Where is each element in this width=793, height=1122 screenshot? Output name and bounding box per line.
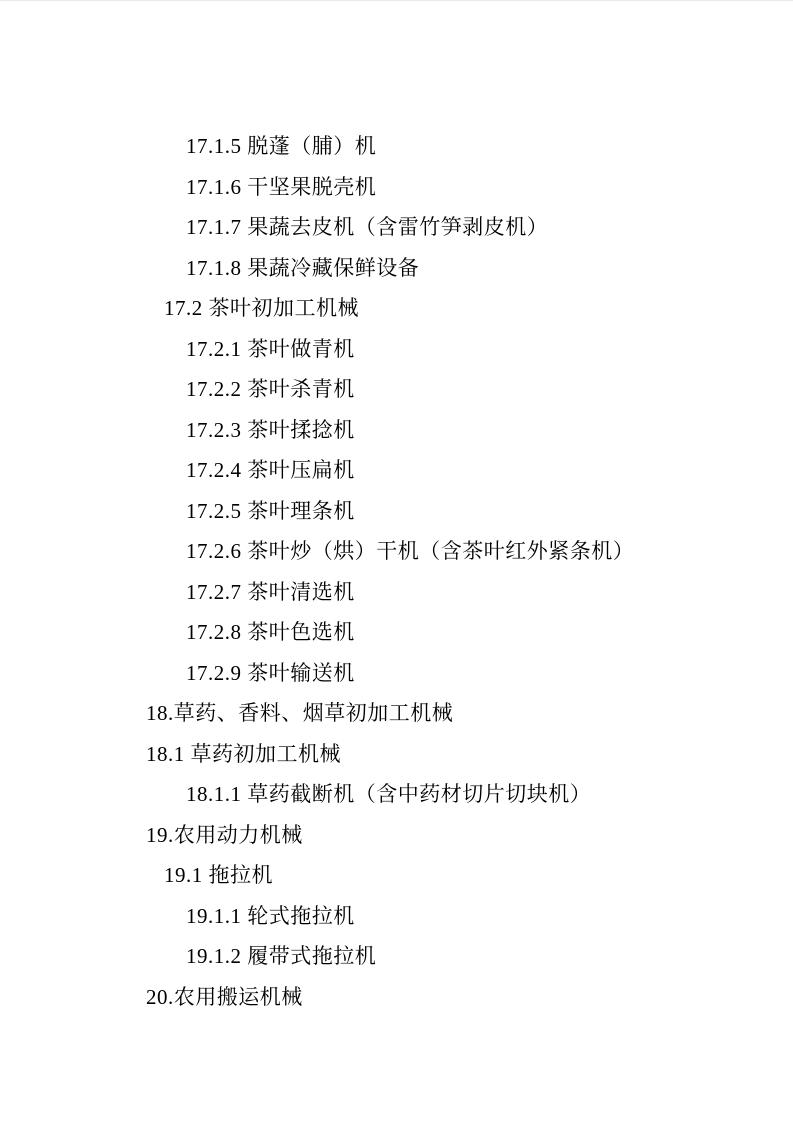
list-item-19: 19.农用动力机械 <box>0 815 793 856</box>
list-item-17-2-9: 17.2.9 茶叶输送机 <box>0 653 793 694</box>
list-item-20: 20.农用搬运机械 <box>0 977 793 1018</box>
list-item-17-2: 17.2 茶叶初加工机械 <box>0 288 793 329</box>
list-item-17-2-1: 17.2.1 茶叶做青机 <box>0 329 793 370</box>
list-item-17-2-6: 17.2.6 茶叶炒（烘）干机（含茶叶红外紧条机） <box>0 531 793 572</box>
list-item-19-1: 19.1 拖拉机 <box>0 855 793 896</box>
list-item-18: 18.草药、香料、烟草初加工机械 <box>0 693 793 734</box>
list-item-19-1-1: 19.1.1 轮式拖拉机 <box>0 896 793 937</box>
list-item-18-1: 18.1 草药初加工机械 <box>0 734 793 775</box>
list-item-17-1-6: 17.1.6 干坚果脱壳机 <box>0 167 793 208</box>
list-item-17-1-8: 17.1.8 果蔬冷藏保鲜设备 <box>0 248 793 289</box>
list-item-17-2-2: 17.2.2 茶叶杀青机 <box>0 369 793 410</box>
list-item-17-2-8: 17.2.8 茶叶色选机 <box>0 612 793 653</box>
list-item-17-1-5: 17.1.5 脱蓬（脯）机 <box>0 126 793 167</box>
list-item-17-2-7: 17.2.7 茶叶清选机 <box>0 572 793 613</box>
list-item-19-1-2: 19.1.2 履带式拖拉机 <box>0 936 793 977</box>
outline-list: 17.1.5 脱蓬（脯）机 17.1.6 干坚果脱壳机 17.1.7 果蔬去皮机… <box>0 126 793 1017</box>
list-item-17-1-7: 17.1.7 果蔬去皮机（含雷竹笋剥皮机） <box>0 207 793 248</box>
page-top-edge <box>0 0 793 1</box>
list-item-18-1-1: 18.1.1 草药截断机（含中药材切片切块机） <box>0 774 793 815</box>
list-item-17-2-3: 17.2.3 茶叶揉捻机 <box>0 410 793 451</box>
document-page: 17.1.5 脱蓬（脯）机 17.1.6 干坚果脱壳机 17.1.7 果蔬去皮机… <box>0 0 793 1122</box>
list-item-17-2-4: 17.2.4 茶叶压扁机 <box>0 450 793 491</box>
list-item-17-2-5: 17.2.5 茶叶理条机 <box>0 491 793 532</box>
